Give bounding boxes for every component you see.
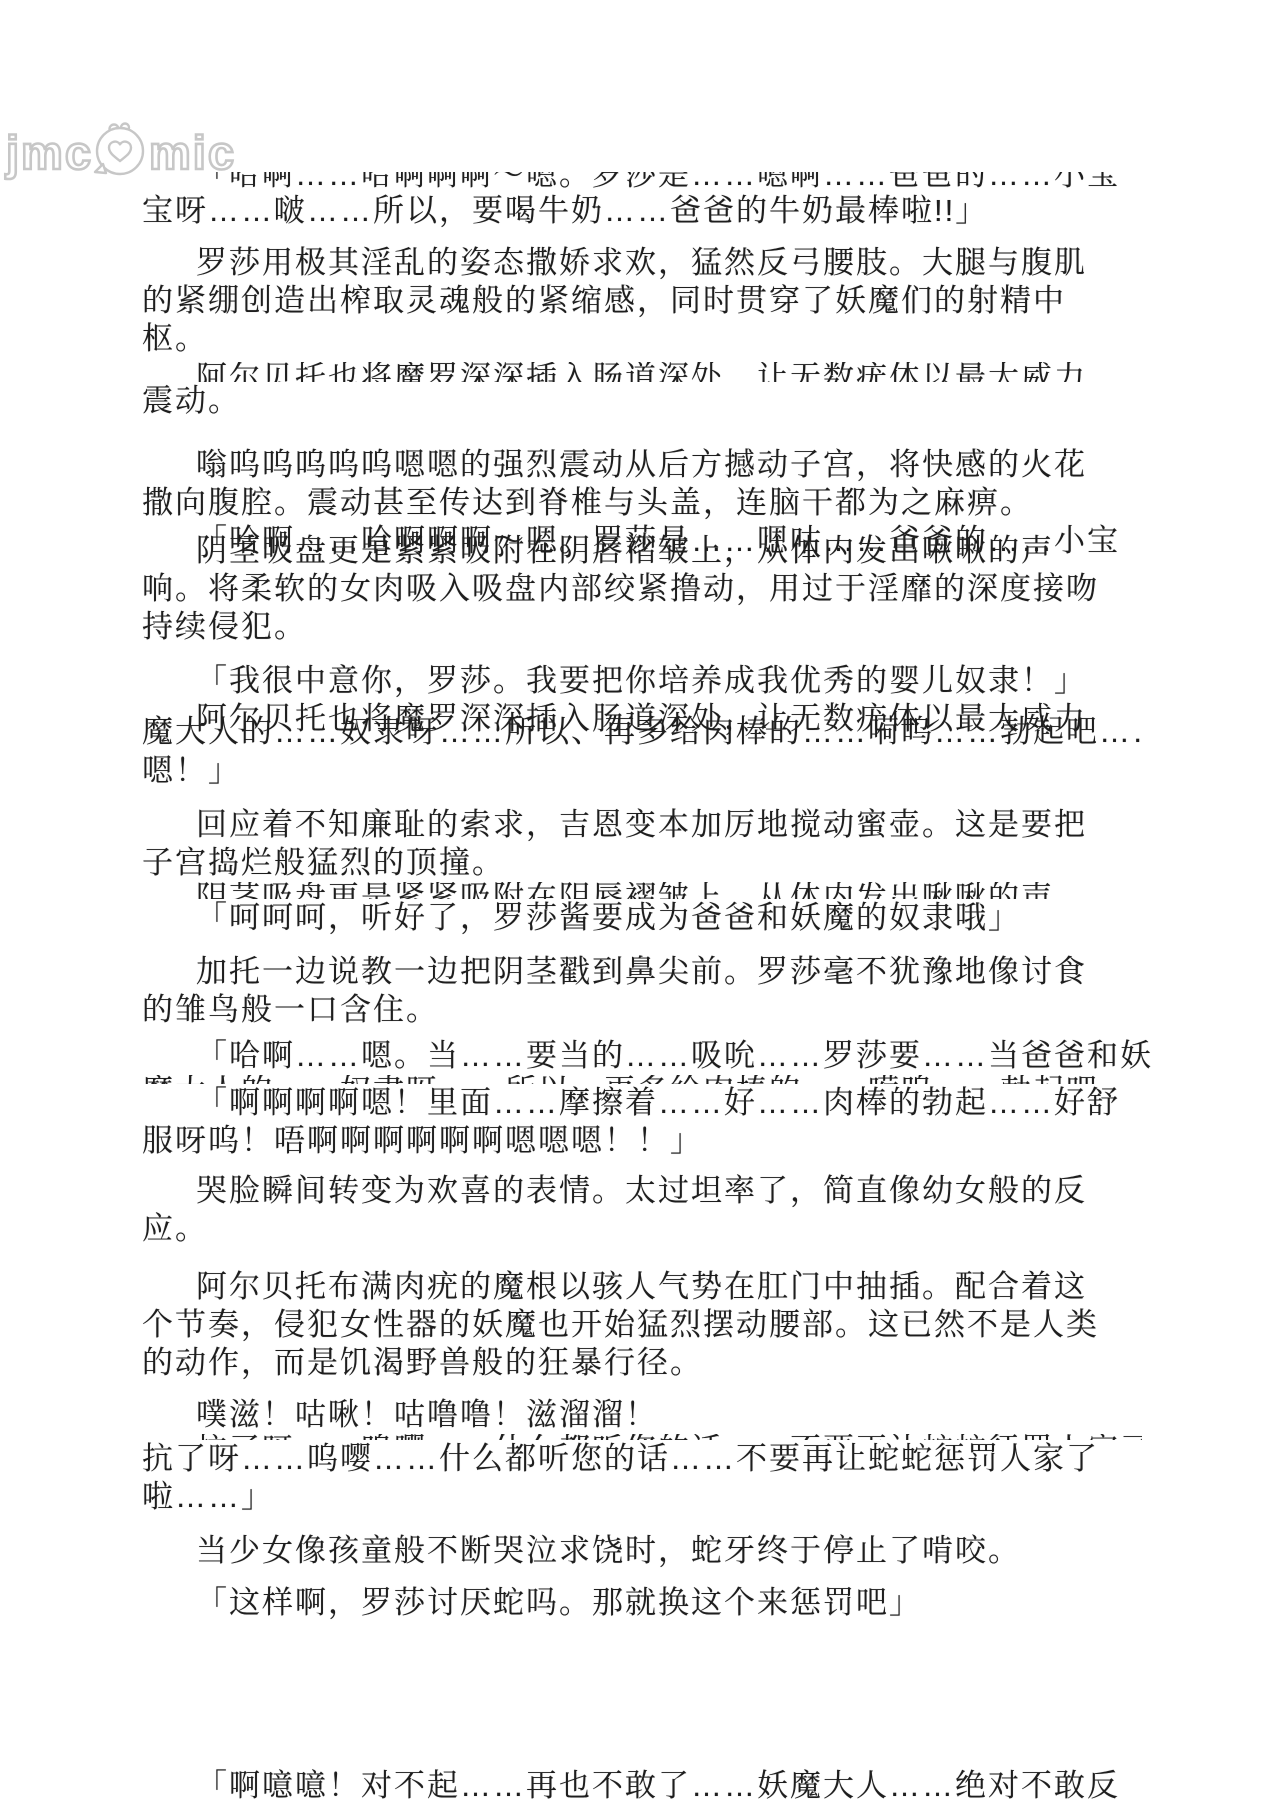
text-line: 加托一边说教一边把阴茎戳到鼻尖前。罗莎毫不犹豫地像讨食 [142, 953, 1142, 991]
text-line: 阴茎吸盘更是紧紧吸附在阴唇褶皱上，从体内发出啾啾的声 [142, 532, 1142, 570]
page-text: 「哈啊……哈啊啊啊～嗯。罗莎是……嗯啊……爸爸的……小宝宝呀……啵……所以，要喝… [142, 172, 1142, 1805]
text-line: 的紧绷创造出榨取灵魂般的紧缩感，同时贯穿了妖魔们的射精中 [142, 282, 1142, 320]
text-line: 嗯！」 [142, 752, 1142, 790]
text-line: 响。将柔软的女肉吸入吸盘内部绞紧撸动，用过于淫靡的深度接吻 [142, 570, 1142, 608]
watermark-text-right: mic [149, 129, 236, 176]
watermark-text-left: jmc [6, 129, 93, 176]
text-line: 魔大人的……奴隶呀……所以、再多给肉棒的……嗬呜……勃起吧…… [142, 713, 1142, 751]
text-line: 持续侵犯。 [142, 608, 1142, 646]
clipped-text-line: 魔大人的……奴隶呀……所以、再多给肉棒的……嗬呜……勃起吧…… [142, 1075, 1142, 1084]
text-line: 应。 [142, 1210, 1142, 1248]
text-line: 枢。 [142, 320, 1142, 358]
overlapping-text-lines: 「哈啊……哈啊啊啊～嗯。罗莎是……嗯咕……爸爸的……小宝阴茎吸盘更是紧紧吸附在阴… [142, 522, 1142, 570]
clipped-text-line: 抗了呀……呜嘤……什么都听您的话……不要再让蛇蛇惩罚人家了 [142, 1434, 1142, 1440]
text-line: 阿尔贝托也将魔罗深深插入肠道深处，让无数疣体以最大威力 [142, 362, 1142, 382]
jmcomic-mascot-icon [91, 120, 149, 178]
text-line: 抗了呀……呜嘤……什么都听您的话……不要再让蛇蛇惩罚人家了 [142, 1434, 1142, 1440]
text-line: 「呵呵呵，听好了，罗莎酱要成为爸爸和妖魔的奴隶哦」 [142, 899, 1142, 937]
text-line: 「哈啊……哈啊啊啊～嗯。罗莎是……嗯啊……爸爸的……小宝 [142, 172, 1142, 192]
clipped-text-line: 「哈啊……哈啊啊啊～嗯。罗莎是……嗯啊……爸爸的……小宝 [142, 172, 1142, 192]
clipped-text-line: 阴茎吸盘更是紧紧吸附在阴唇褶皱上，从体内发出啾啾的声 [142, 882, 1142, 899]
text-line: 阴茎吸盘更是紧紧吸附在阴唇褶皱上，从体内发出啾啾的声 [142, 882, 1142, 899]
text-line: 罗莎用极其淫乱的姿态撒娇求欢，猛然反弓腰肢。大腿与腹肌 [142, 244, 1142, 282]
text-line: 阿尔贝托布满肉疣的魔根以骇人气势在肛门中抽插。配合着这 [142, 1268, 1142, 1306]
text-line: 魔大人的……奴隶呀……所以、再多给肉棒的……嗬呜……勃起吧…… [142, 1075, 1142, 1084]
text-line: 嗡呜呜呜呜呜嗯嗯的强烈震动从后方撼动子宫，将快感的火花 [142, 446, 1142, 484]
text-line: 「啊噫噫！对不起……再也不敢了……妖魔大人……绝对不敢反 [142, 1767, 1142, 1805]
overlapping-text-lines: 阿尔贝托也将魔罗深深插入肠道深处，让无数疣体以最大威力魔大人的……奴隶呀……所以… [142, 700, 1142, 752]
text-line: 个节奏，侵犯女性器的妖魔也开始猛烈摆动腰部。这已然不是人类 [142, 1306, 1142, 1344]
text-line: 抗了呀……呜嘤……什么都听您的话……不要再让蛇蛇惩罚人家了 [142, 1440, 1142, 1478]
text-line: 「我很中意你，罗莎。我要把你培养成我优秀的婴儿奴隶！」 [142, 662, 1142, 700]
text-line: 撒向腹腔。震动甚至传达到脊椎与头盖，连脑干都为之麻痹。 [142, 484, 1142, 522]
text-line: 的动作，而是饥渴野兽般的狂暴行径。 [142, 1344, 1142, 1382]
text-line: 啦……」 [142, 1478, 1142, 1516]
text-line: 震动。 [142, 382, 1142, 420]
text-line: 哭脸瞬间转变为欢喜的表情。太过坦率了，简直像幼女般的反 [142, 1172, 1142, 1210]
text-line: 宝呀……啵……所以，要喝牛奶……爸爸的牛奶最棒啦!!」 [142, 192, 1142, 230]
text-line: 当少女像孩童般不断哭泣求饶时，蛇牙终于停止了啃咬。 [142, 1532, 1142, 1570]
text-line: 回应着不知廉耻的索求，吉恩变本加厉地搅动蜜壶。这是要把 [142, 806, 1142, 844]
text-line: 「啊啊啊啊嗯！里面……摩擦着……好……肉棒的勃起……好舒 [142, 1084, 1142, 1122]
text-line: 的雏鸟般一口含住。 [142, 991, 1142, 1029]
text-line: 子宫捣烂般猛烈的顶撞。 [142, 844, 1142, 882]
text-line: 「哈啊……嗯。当……要当的……吸吮……罗莎要……当爸爸和妖 [142, 1037, 1142, 1075]
text-line: 「这样啊，罗莎讨厌蛇吗。那就换这个来惩罚吧」 [142, 1584, 1142, 1622]
text-line: 服呀呜！唔啊啊啊啊啊啊嗯嗯嗯！！」 [142, 1122, 1142, 1160]
text-line: 噗滋！咕啾！咕噜噜！滋溜溜！ [142, 1396, 1142, 1434]
clipped-text-line: 阿尔贝托也将魔罗深深插入肠道深处，让无数疣体以最大威力 [142, 362, 1142, 382]
